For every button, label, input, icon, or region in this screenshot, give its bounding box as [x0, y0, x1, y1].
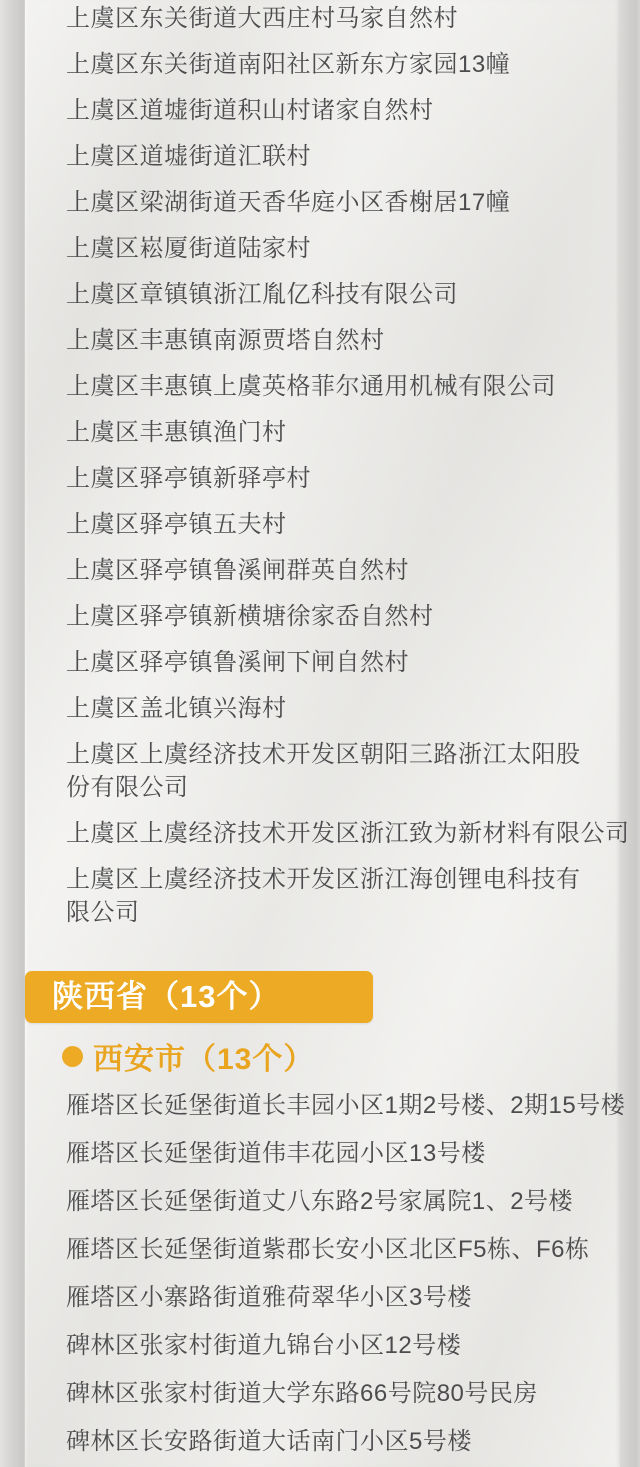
- shaanxi-section-banner: 陕西省（13个）: [25, 971, 373, 1023]
- risk-area-item: 上虞区驿亭镇新驿亭村: [66, 462, 622, 495]
- risk-area-item: 上虞区上虞经济技术开发区朝阳三路浙江太阳股 份有限公司: [66, 738, 622, 804]
- xian-city-row: 西安市（13个）: [62, 1039, 622, 1073]
- xian-risk-area-list: 雁塔区长延堡街道长丰园小区1期2号楼、2期15号楼雁塔区长延堡街道伟丰花园小区1…: [66, 1089, 622, 1458]
- risk-area-item: 碑林区张家村街道九锦台小区12号楼: [66, 1329, 622, 1362]
- page-content: 上虞区东关街道大西庄村马家自然村上虞区东关街道南阳社区新东方家园13幢上虞区道墟…: [66, 0, 622, 1458]
- risk-area-item: 雁塔区长延堡街道长丰园小区1期2号楼、2期15号楼: [66, 1089, 622, 1122]
- risk-area-item: 上虞区崧厦街道陆家村: [66, 232, 622, 265]
- risk-area-item: 上虞区东关街道南阳社区新东方家园13幢: [66, 48, 622, 81]
- risk-area-item: 碑林区张家村街道大学东路66号院80号民房: [66, 1377, 622, 1410]
- risk-area-item: 上虞区章镇镇浙江胤亿科技有限公司: [66, 278, 622, 311]
- risk-area-item: 上虞区上虞经济技术开发区浙江海创锂电科技有 限公司: [66, 863, 622, 929]
- bullet-icon: [62, 1046, 83, 1067]
- zhejiang-risk-area-list: 上虞区东关街道大西庄村马家自然村上虞区东关街道南阳社区新东方家园13幢上虞区道墟…: [66, 0, 622, 929]
- risk-area-item: 雁塔区小寨路街道雅荷翠华小区3号楼: [66, 1281, 622, 1314]
- risk-area-item: 碑林区长安路街道大话南门小区5号楼: [66, 1425, 622, 1458]
- paper-page: 上虞区东关街道大西庄村马家自然村上虞区东关街道南阳社区新东方家园13幢上虞区道墟…: [25, 0, 620, 1467]
- risk-area-item: 上虞区道墟街道积山村诸家自然村: [66, 94, 622, 127]
- risk-area-item: 上虞区丰惠镇上虞英格菲尔通用机械有限公司: [66, 370, 622, 403]
- risk-area-item: 上虞区梁湖街道天香华庭小区香榭居17幢: [66, 186, 622, 219]
- risk-area-item: 雁塔区长延堡街道伟丰花园小区13号楼: [66, 1137, 622, 1170]
- risk-area-item: 上虞区驿亭镇鲁溪闸下闸自然村: [66, 646, 622, 679]
- risk-area-item: 上虞区盖北镇兴海村: [66, 692, 622, 725]
- xian-city-title: 西安市（13个）: [93, 1034, 314, 1078]
- shaanxi-section-title: 陕西省（13个）: [25, 971, 373, 1023]
- risk-area-item: 上虞区丰惠镇南源贾塔自然村: [66, 324, 622, 357]
- risk-area-item: 上虞区丰惠镇渔门村: [66, 416, 622, 449]
- risk-area-item: 雁塔区长延堡街道紫郡长安小区北区F5栋、F6栋: [66, 1233, 622, 1266]
- risk-area-item: 上虞区东关街道大西庄村马家自然村: [66, 2, 622, 35]
- right-page-margin: [620, 0, 640, 1467]
- risk-area-item: 上虞区驿亭镇鲁溪闸群英自然村: [66, 554, 622, 587]
- risk-area-item: 雁塔区长延堡街道丈八东路2号家属院1、2号楼: [66, 1185, 622, 1218]
- risk-area-item: 上虞区驿亭镇五夫村: [66, 508, 622, 541]
- risk-area-item: 上虞区道墟街道汇联村: [66, 140, 622, 173]
- risk-area-item: 上虞区驿亭镇新横塘徐家岙自然村: [66, 600, 622, 633]
- risk-area-item: 上虞区上虞经济技术开发区浙江致为新材料有限公司: [66, 817, 622, 850]
- left-page-margin: [0, 0, 25, 1467]
